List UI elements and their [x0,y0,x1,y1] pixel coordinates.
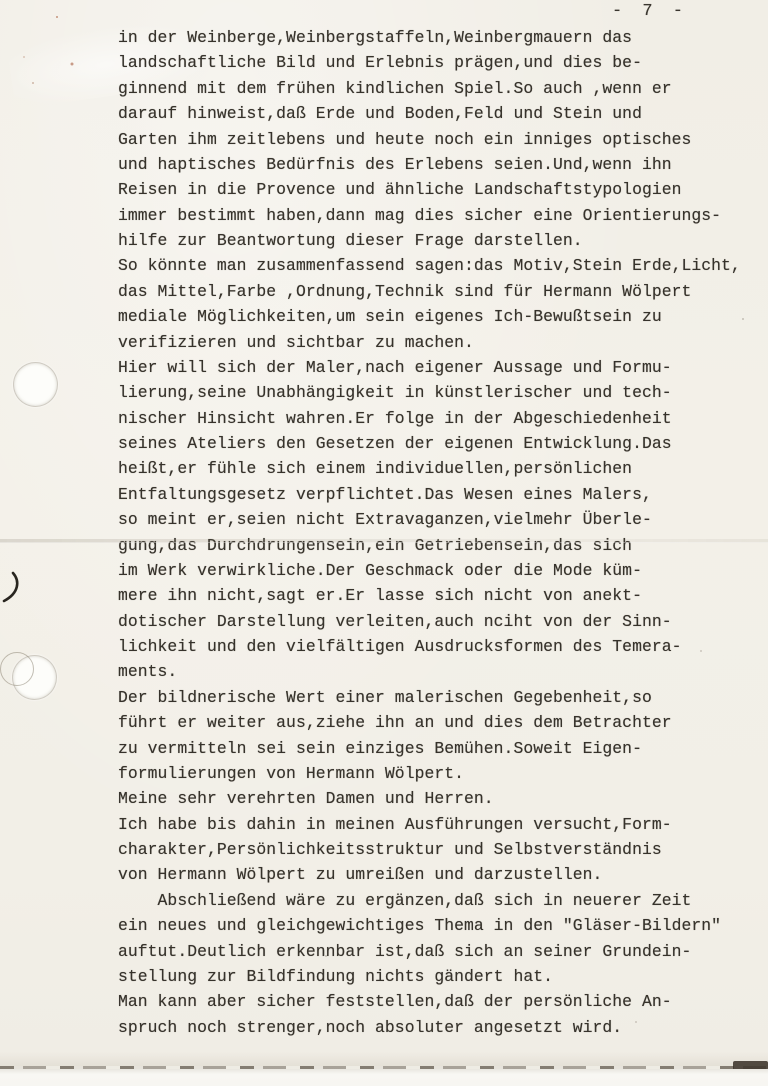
text-line: Garten ihm zeitlebens und heute noch ein… [118,127,766,152]
text-line: Abschließend wäre zu ergänzen,daß sich i… [118,888,766,913]
page-number: - 7 - [612,2,688,21]
text-line: ein neues und gleichgewichtiges Thema in… [118,913,766,938]
text-line: So könnte man zusammenfassend sagen:das … [118,253,766,278]
text-line: ments. [118,659,766,684]
text-line: lierung,seine Unabhängigkeit in künstler… [118,380,766,405]
text-line: im Werk verwirkliche.Der Geschmack oder … [118,558,766,583]
text-line: Ich habe bis dahin in meinen Ausführunge… [118,812,766,837]
text-line: lichkeit und den vielfältigen Ausdrucksf… [118,634,766,659]
text-line: seines Ateliers den Gesetzen der eigenen… [118,431,766,456]
text-line: darauf hinweist,daß Erde und Boden,Feld … [118,101,766,126]
scanner-background-strip [0,1069,768,1086]
text-line: Entfaltungsgesetz verpflichtet.Das Wesen… [118,482,766,507]
text-line: hilfe zur Beantwortung dieser Frage dars… [118,228,766,253]
text-line: so meint er,seien nicht Extravaganzen,vi… [118,507,766,532]
text-line: nischer Hinsicht wahren.Er folge in der … [118,406,766,431]
text-line: Der bildnerische Wert einer malerischen … [118,685,766,710]
pen-mark [0,570,22,609]
text-line: Hier will sich der Maler,nach eigener Au… [118,355,766,380]
text-line: Meine sehr verehrten Damen und Herren. [118,786,766,811]
text-line: zu vermitteln sei sein einziges Bemühen.… [118,736,766,761]
text-line: ginnend mit dem frühen kindlichen Spiel.… [118,76,766,101]
text-line: spruch noch strenger,noch absoluter ange… [118,1015,766,1040]
text-line: stellung zur Bildfindung nichts gändert … [118,964,766,989]
text-line: mere ihn nicht,sagt er.Er lasse sich nic… [118,583,766,608]
punch-hole-ghost-ring [0,652,34,686]
text-line: immer bestimmt haben,dann mag dies siche… [118,203,766,228]
text-line: mediale Möglichkeiten,um sein eigenes Ic… [118,304,766,329]
text-line: und haptisches Bedürfnis des Erlebens se… [118,152,766,177]
text-line: formulierungen von Hermann Wölpert. [118,761,766,786]
fold-line [0,539,768,543]
text-line: dotischer Darstellung verleiten,auch nci… [118,609,766,634]
text-line: charakter,Persönlichkeitsstruktur und Se… [118,837,766,862]
text-line: Man kann aber sicher feststellen,daß der… [118,989,766,1014]
text-line: auftut.Deutlich erkennbar ist,daß sich a… [118,939,766,964]
typewritten-text-block: in der Weinberge,Weinbergstaffeln,Weinbe… [118,25,766,1040]
document-page: - 7 - in der Weinberge,Weinbergstaffeln,… [0,0,768,1086]
text-line: landschaftliche Bild und Erlebnis prägen… [118,50,766,75]
text-line: von Hermann Wölpert zu umreißen und darz… [118,862,766,887]
text-line: gung,das Durchdrungensein,ein Getriebens… [118,533,766,558]
rust-stain-specks [56,16,58,18]
bottom-edge-shadow [0,1052,768,1066]
text-line: führt er weiter aus,ziehe ihn an und die… [118,710,766,735]
text-line: das Mittel,Farbe ,Ordnung,Technik sind f… [118,279,766,304]
text-line: heißt,er fühle sich einem individuellen,… [118,456,766,481]
text-line: verifizieren und sichtbar zu machen. [118,330,766,355]
text-line: Reisen in die Provence und ähnliche Land… [118,177,766,202]
text-line: in der Weinberge,Weinbergstaffeln,Weinbe… [118,25,766,50]
punch-hole-top [13,362,58,407]
